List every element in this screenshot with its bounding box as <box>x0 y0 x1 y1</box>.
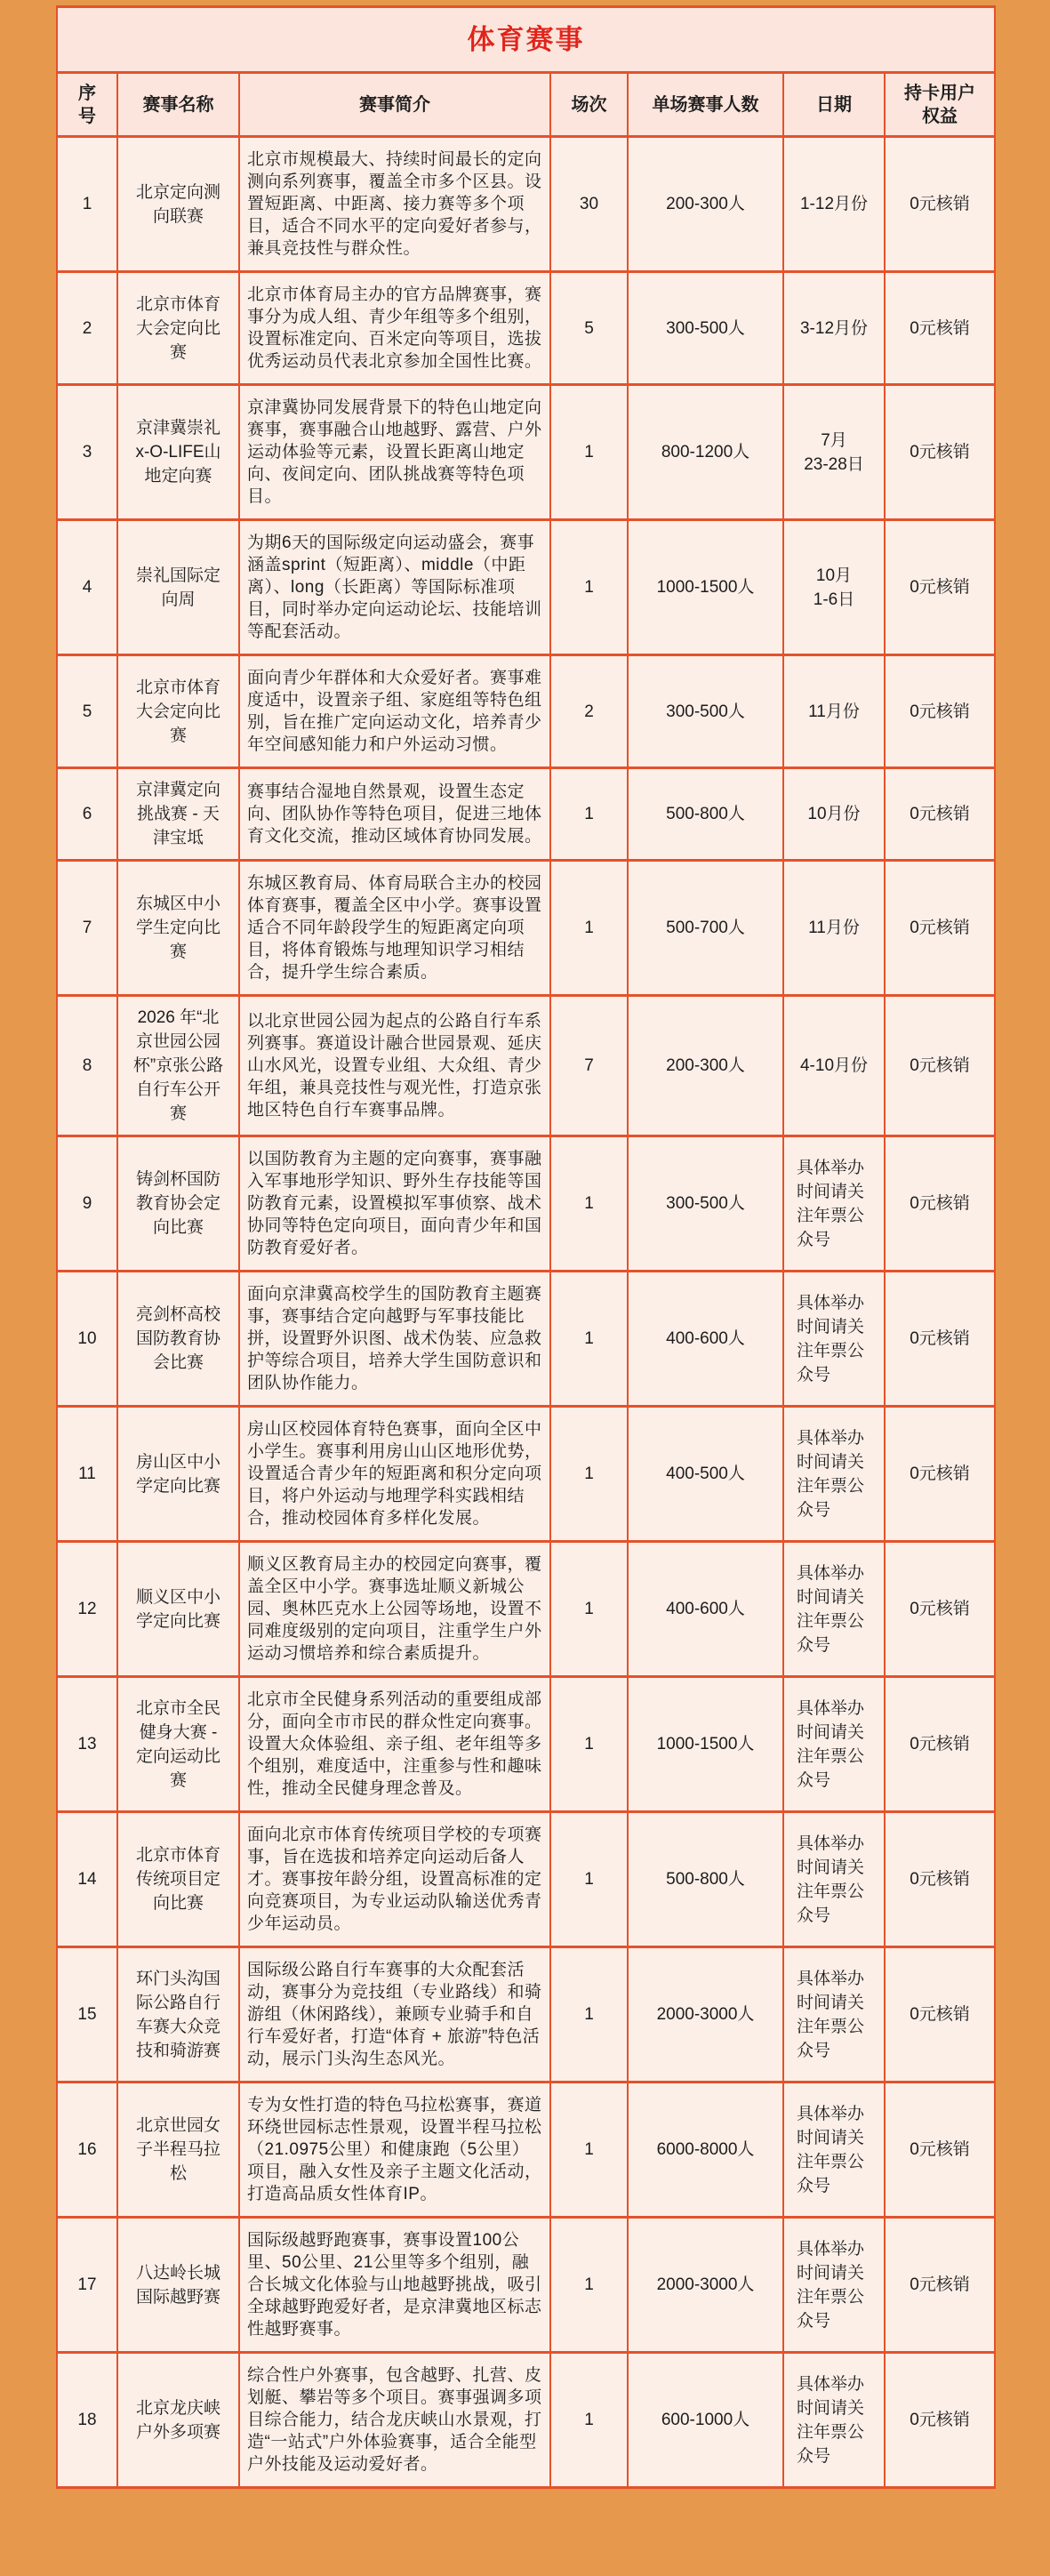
event-date: 4-10月份 <box>783 996 885 1136</box>
table-row: 13 北京市全民健身大赛 - 定向运动比赛 北京市全民健身系列活动的重要组成部分… <box>57 1677 995 1812</box>
event-description: 综合性户外赛事，包含越野、扎营、皮划艇、攀岩等多个项目。赛事强调多项目综合能力，… <box>239 2353 550 2488</box>
table-row: 7 东城区中小学生定向比赛 东城区教育局、体育局联合主办的校园体育赛事，覆盖全区… <box>57 861 995 996</box>
event-name: 崇礼国际定向周 <box>117 520 239 655</box>
row-number: 18 <box>57 2353 117 2488</box>
row-number: 15 <box>57 1947 117 2082</box>
event-description: 以北京世园公园为起点的公路自行车系列赛事。赛道设计融合世园景观、延庆山水风光，设… <box>239 996 550 1136</box>
cardholder-benefit: 0元核销 <box>885 272 995 385</box>
participants-per-session: 500-800人 <box>628 1812 783 1947</box>
event-name: 东城区中小学生定向比赛 <box>117 861 239 996</box>
row-number: 9 <box>57 1136 117 1272</box>
participants-per-session: 500-800人 <box>628 768 783 861</box>
participants-per-session: 300-500人 <box>628 272 783 385</box>
event-name: 环门头沟国际公路自行车赛大众竞技和骑游赛 <box>117 1947 239 2082</box>
event-description: 东城区教育局、体育局联合主办的校园体育赛事，覆盖全区中小学。赛事设置适合不同年龄… <box>239 861 550 996</box>
participants-per-session: 400-600人 <box>628 1542 783 1677</box>
event-date: 7月 23-28日 <box>783 385 885 520</box>
session-count: 1 <box>550 1947 628 2082</box>
cardholder-benefit: 0元核销 <box>885 768 995 861</box>
cardholder-benefit: 0元核销 <box>885 137 995 272</box>
cardholder-benefit: 0元核销 <box>885 1812 995 1947</box>
page-title: 体育赛事 <box>57 7 995 73</box>
table-row: 15 环门头沟国际公路自行车赛大众竞技和骑游赛 国际级公路自行车赛事的大众配套活… <box>57 1947 995 2082</box>
event-description: 赛事结合湿地自然景观，设置生态定向、团队协作等特色项目，促进三地体育文化交流，推… <box>239 768 550 861</box>
event-date: 具体举办时间请关注年票公众号 <box>783 1136 885 1272</box>
row-number: 6 <box>57 768 117 861</box>
event-name: 北京世园女子半程马拉松 <box>117 2082 239 2218</box>
row-number: 17 <box>57 2218 117 2353</box>
title-row: 体育赛事 <box>57 7 995 73</box>
header-row: 序号 赛事名称 赛事简介 场次 单场赛事人数 日期 持卡用户权益 <box>57 73 995 137</box>
participants-per-session: 1000-1500人 <box>628 520 783 655</box>
table-row: 14 北京市体育传统项目定向比赛 面向北京市体育传统项目学校的专项赛事，旨在选拔… <box>57 1812 995 1947</box>
cardholder-benefit: 0元核销 <box>885 1947 995 2082</box>
cardholder-benefit: 0元核销 <box>885 1272 995 1407</box>
event-name: 北京市全民健身大赛 - 定向运动比赛 <box>117 1677 239 1812</box>
session-count: 5 <box>550 272 628 385</box>
event-description: 国际级越野跑赛事，赛事设置100公里、50公里、21公里等多个组别，融合长城文化… <box>239 2218 550 2353</box>
participants-per-session: 1000-1500人 <box>628 1677 783 1812</box>
table-row: 12 顺义区中小学定向比赛 顺义区教育局主办的校园定向赛事，覆盖全区中小学。赛事… <box>57 1542 995 1677</box>
row-number: 1 <box>57 137 117 272</box>
cardholder-benefit: 0元核销 <box>885 655 995 768</box>
participants-per-session: 400-600人 <box>628 1272 783 1407</box>
event-date: 具体举办时间请关注年票公众号 <box>783 1542 885 1677</box>
event-date: 具体举办时间请关注年票公众号 <box>783 1812 885 1947</box>
participants-per-session: 800-1200人 <box>628 385 783 520</box>
row-number: 7 <box>57 861 117 996</box>
session-count: 1 <box>550 1677 628 1812</box>
event-description: 面向京津冀高校学生的国防教育主题赛事，赛事结合定向越野与军事技能比拼，设置野外识… <box>239 1272 550 1407</box>
session-count: 1 <box>550 1542 628 1677</box>
session-count: 1 <box>550 520 628 655</box>
session-count: 7 <box>550 996 628 1136</box>
cardholder-benefit: 0元核销 <box>885 2353 995 2488</box>
row-number: 5 <box>57 655 117 768</box>
cardholder-benefit: 0元核销 <box>885 1542 995 1677</box>
table-row: 1 北京定向测向联赛 北京市规模最大、持续时间最长的定向测向系列赛事，覆盖全市多… <box>57 137 995 272</box>
event-name: 北京市体育传统项目定向比赛 <box>117 1812 239 1947</box>
table-row: 11 房山区中小学定向比赛 房山区校园体育特色赛事，面向全区中小学生。赛事利用房… <box>57 1407 995 1542</box>
participants-per-session: 300-500人 <box>628 655 783 768</box>
event-date: 具体举办时间请关注年票公众号 <box>783 1677 885 1812</box>
column-header-participants: 单场赛事人数 <box>628 73 783 137</box>
event-date: 10月份 <box>783 768 885 861</box>
row-number: 3 <box>57 385 117 520</box>
event-name: 京津冀定向挑战赛 - 天津宝坻 <box>117 768 239 861</box>
event-date: 11月份 <box>783 861 885 996</box>
event-description: 面向青少年群体和大众爱好者。赛事难度适中，设置亲子组、家庭组等特色组别，旨在推广… <box>239 655 550 768</box>
row-number: 10 <box>57 1272 117 1407</box>
session-count: 1 <box>550 768 628 861</box>
event-description: 北京市体育局主办的官方品牌赛事，赛事分为成人组、青少年组等多个组别，设置标准定向… <box>239 272 550 385</box>
session-count: 1 <box>550 1136 628 1272</box>
event-date: 11月份 <box>783 655 885 768</box>
column-header-benefit: 持卡用户权益 <box>885 73 995 137</box>
event-description: 房山区校园体育特色赛事，面向全区中小学生。赛事利用房山山区地形优势，设置适合青少… <box>239 1407 550 1542</box>
row-number: 13 <box>57 1677 117 1812</box>
event-name: 铸剑杯国防教育协会定向比赛 <box>117 1136 239 1272</box>
event-name: 八达岭长城国际越野赛 <box>117 2218 239 2353</box>
sports-events-table: 体育赛事 序号 赛事名称 赛事简介 场次 单场赛事人数 日期 持卡用户权益 1 … <box>56 5 996 2489</box>
participants-per-session: 600-1000人 <box>628 2353 783 2488</box>
table-row: 3 京津冀崇礼x-O-LIFE山地定向赛 京津冀协同发展背景下的特色山地定向赛事… <box>57 385 995 520</box>
row-number: 8 <box>57 996 117 1136</box>
participants-per-session: 2000-3000人 <box>628 1947 783 2082</box>
cardholder-benefit: 0元核销 <box>885 1407 995 1542</box>
cardholder-benefit: 0元核销 <box>885 520 995 655</box>
event-name: 顺义区中小学定向比赛 <box>117 1542 239 1677</box>
participants-per-session: 6000-8000人 <box>628 2082 783 2218</box>
event-description: 以国防教育为主题的定向赛事，赛事融入军事地形学知识、野外生存技能等国防教育元素，… <box>239 1136 550 1272</box>
session-count: 1 <box>550 1407 628 1542</box>
session-count: 1 <box>550 2218 628 2353</box>
session-count: 30 <box>550 137 628 272</box>
cardholder-benefit: 0元核销 <box>885 385 995 520</box>
row-number: 11 <box>57 1407 117 1542</box>
event-name: 2026 年“北京世园公园杯”京张公路自行车公开赛 <box>117 996 239 1136</box>
event-description: 国际级公路自行车赛事的大众配套活动，赛事分为竞技组（专业路线）和骑游组（休闲路线… <box>239 1947 550 2082</box>
table-row: 4 崇礼国际定向周 为期6天的国际级定向运动盛会，赛事涵盖sprint（短距离）… <box>57 520 995 655</box>
column-header-sessions: 场次 <box>550 73 628 137</box>
participants-per-session: 500-700人 <box>628 861 783 996</box>
table-row: 5 北京市体育大会定向比赛 面向青少年群体和大众爱好者。赛事难度适中，设置亲子组… <box>57 655 995 768</box>
event-date: 具体举办时间请关注年票公众号 <box>783 1272 885 1407</box>
row-number: 14 <box>57 1812 117 1947</box>
participants-per-session: 2000-3000人 <box>628 2218 783 2353</box>
table-row: 17 八达岭长城国际越野赛 国际级越野跑赛事，赛事设置100公里、50公里、21… <box>57 2218 995 2353</box>
event-name: 房山区中小学定向比赛 <box>117 1407 239 1542</box>
event-date: 具体举办时间请关注年票公众号 <box>783 1407 885 1542</box>
row-number: 2 <box>57 272 117 385</box>
cardholder-benefit: 0元核销 <box>885 996 995 1136</box>
event-date: 3-12月份 <box>783 272 885 385</box>
row-number: 16 <box>57 2082 117 2218</box>
event-description: 面向北京市体育传统项目学校的专项赛事，旨在选拔和培养定向运动后备人才。赛事按年龄… <box>239 1812 550 1947</box>
table-row: 6 京津冀定向挑战赛 - 天津宝坻 赛事结合湿地自然景观，设置生态定向、团队协作… <box>57 768 995 861</box>
session-count: 1 <box>550 2082 628 2218</box>
event-name: 北京龙庆峡户外多项赛 <box>117 2353 239 2488</box>
event-name: 北京市体育大会定向比赛 <box>117 655 239 768</box>
cardholder-benefit: 0元核销 <box>885 2218 995 2353</box>
event-description: 为期6天的国际级定向运动盛会，赛事涵盖sprint（短距离）、middle（中距… <box>239 520 550 655</box>
event-description: 北京市规模最大、持续时间最长的定向测向系列赛事，覆盖全市多个区县。设置短距离、中… <box>239 137 550 272</box>
event-date: 具体举办时间请关注年票公众号 <box>783 2218 885 2353</box>
row-number: 12 <box>57 1542 117 1677</box>
table-row: 9 铸剑杯国防教育协会定向比赛 以国防教育为主题的定向赛事，赛事融入军事地形学知… <box>57 1136 995 1272</box>
session-count: 1 <box>550 861 628 996</box>
event-description: 顺义区教育局主办的校园定向赛事，覆盖全区中小学。赛事选址顺义新城公园、奥林匹克水… <box>239 1542 550 1677</box>
cardholder-benefit: 0元核销 <box>885 861 995 996</box>
event-date: 10月 1-6日 <box>783 520 885 655</box>
event-name: 京津冀崇礼x-O-LIFE山地定向赛 <box>117 385 239 520</box>
sports-events-table-panel: 体育赛事 序号 赛事名称 赛事简介 场次 单场赛事人数 日期 持卡用户权益 1 … <box>56 5 994 2489</box>
table-row: 8 2026 年“北京世园公园杯”京张公路自行车公开赛 以北京世园公园为起点的公… <box>57 996 995 1136</box>
participants-per-session: 200-300人 <box>628 996 783 1136</box>
session-count: 1 <box>550 1812 628 1947</box>
event-description: 北京市全民健身系列活动的重要组成部分，面向全市市民的群众性定向赛事。设置大众体验… <box>239 1677 550 1812</box>
event-name: 亮剑杯高校国防教育协会比赛 <box>117 1272 239 1407</box>
event-name: 北京定向测向联赛 <box>117 137 239 272</box>
event-description: 京津冀协同发展背景下的特色山地定向赛事，赛事融合山地越野、露营、户外运动体验等元… <box>239 385 550 520</box>
event-date: 具体举办时间请关注年票公众号 <box>783 1947 885 2082</box>
event-name: 北京市体育大会定向比赛 <box>117 272 239 385</box>
table-row: 18 北京龙庆峡户外多项赛 综合性户外赛事，包含越野、扎营、皮划艇、攀岩等多个项… <box>57 2353 995 2488</box>
participants-per-session: 200-300人 <box>628 137 783 272</box>
session-count: 1 <box>550 1272 628 1407</box>
column-header-desc: 赛事简介 <box>239 73 550 137</box>
cardholder-benefit: 0元核销 <box>885 1677 995 1812</box>
row-number: 4 <box>57 520 117 655</box>
table-row: 16 北京世园女子半程马拉松 专为女性打造的特色马拉松赛事，赛道环绕世园标志性景… <box>57 2082 995 2218</box>
participants-per-session: 400-500人 <box>628 1407 783 1542</box>
table-row: 2 北京市体育大会定向比赛 北京市体育局主办的官方品牌赛事，赛事分为成人组、青少… <box>57 272 995 385</box>
event-date: 具体举办时间请关注年票公众号 <box>783 2082 885 2218</box>
session-count: 2 <box>550 655 628 768</box>
event-description: 专为女性打造的特色马拉松赛事，赛道环绕世园标志性景观，设置半程马拉松（21.09… <box>239 2082 550 2218</box>
cardholder-benefit: 0元核销 <box>885 2082 995 2218</box>
column-header-name: 赛事名称 <box>117 73 239 137</box>
event-date: 具体举办时间请关注年票公众号 <box>783 2353 885 2488</box>
session-count: 1 <box>550 2353 628 2488</box>
event-date: 1-12月份 <box>783 137 885 272</box>
cardholder-benefit: 0元核销 <box>885 1136 995 1272</box>
column-header-date: 日期 <box>783 73 885 137</box>
participants-per-session: 300-500人 <box>628 1136 783 1272</box>
session-count: 1 <box>550 385 628 520</box>
column-header-no: 序号 <box>57 73 117 137</box>
table-row: 10 亮剑杯高校国防教育协会比赛 面向京津冀高校学生的国防教育主题赛事，赛事结合… <box>57 1272 995 1407</box>
